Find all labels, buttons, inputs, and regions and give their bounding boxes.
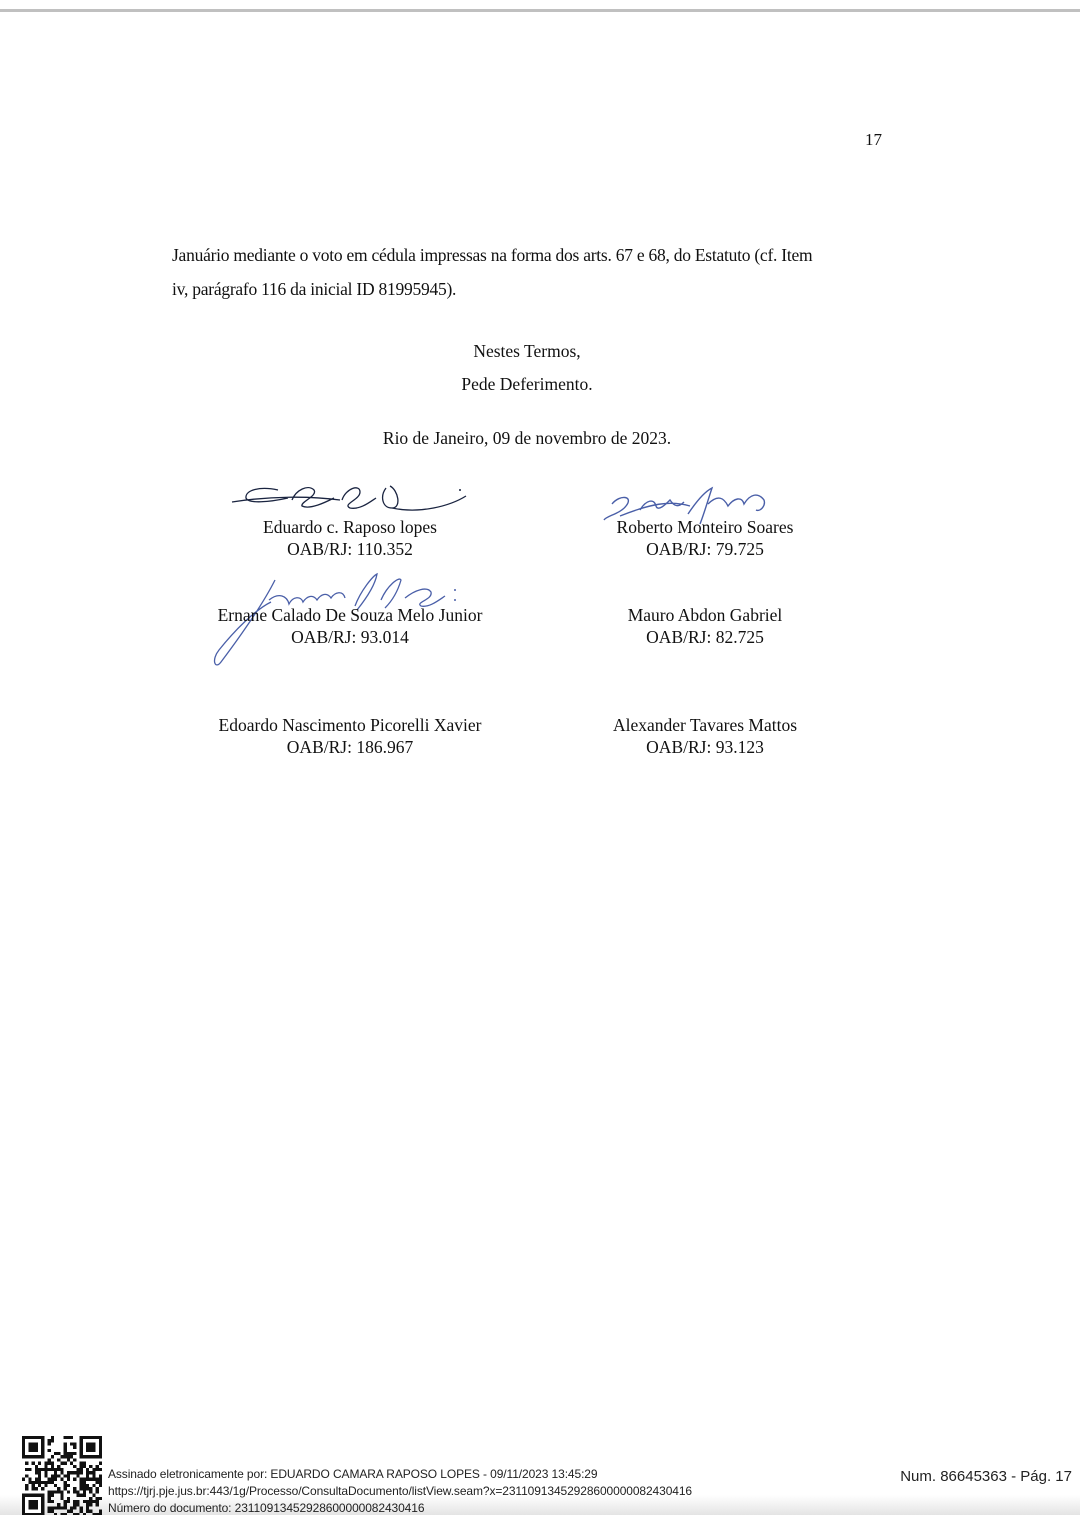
signatory-name: Eduardo c. Raposo lopes: [150, 516, 550, 538]
signatory-block: Alexander Tavares Mattos OAB/RJ: 93.123: [505, 714, 905, 758]
body-paragraph: Januário mediante o voto em cédula impre…: [172, 238, 888, 306]
signed-by-line: Assinado eletronicamente por: EDUARDO CA…: [108, 1466, 692, 1483]
signature-eduardo-icon: [230, 478, 470, 518]
electronic-signature-info: Assinado eletronicamente por: EDUARDO CA…: [108, 1466, 692, 1515]
signatory-block: Ernane Calado De Souza Melo Junior OAB/R…: [150, 604, 550, 648]
document-url[interactable]: https://tjrj.pje.jus.br:443/1g/Processo/…: [108, 1483, 692, 1500]
paragraph-line-2: iv, parágrafo 116 da inicial ID 81995945…: [172, 272, 888, 306]
closing-nestes-termos: Nestes Termos,: [0, 341, 1054, 362]
closing-pede-deferimento: Pede Deferimento.: [0, 374, 1054, 395]
paragraph-line-1: Januário mediante o voto em cédula impre…: [172, 238, 888, 272]
qr-code-icon[interactable]: [22, 1436, 102, 1515]
signatory-oab: OAB/RJ: 93.014: [150, 626, 550, 648]
page-number: 17: [865, 130, 882, 150]
signatory-block: Eduardo c. Raposo lopes OAB/RJ: 110.352: [150, 516, 550, 560]
signatory-oab: OAB/RJ: 93.123: [505, 736, 905, 758]
place-and-date: Rio de Janeiro, 09 de novembro de 2023.: [0, 428, 1054, 449]
signatory-name: Edoardo Nascimento Picorelli Xavier: [150, 714, 550, 736]
signatory-block: Roberto Monteiro Soares OAB/RJ: 79.725: [505, 516, 905, 560]
signatory-name: Alexander Tavares Mattos: [505, 714, 905, 736]
signatory-name: Roberto Monteiro Soares: [505, 516, 905, 538]
signatory-oab: OAB/RJ: 82.725: [505, 626, 905, 648]
signatory-block: Mauro Abdon Gabriel OAB/RJ: 82.725: [505, 604, 905, 648]
document-number: Número do documento: 2311091345292860000…: [108, 1500, 692, 1515]
signatory-oab: OAB/RJ: 186.967: [150, 736, 550, 758]
signatory-oab: OAB/RJ: 79.725: [505, 538, 905, 560]
signatory-oab: OAB/RJ: 110.352: [150, 538, 550, 560]
footer-page-reference: Num. 86645363 - Pág. 17: [900, 1468, 1072, 1485]
signatory-name: Mauro Abdon Gabriel: [505, 604, 905, 626]
page-top-border: [0, 9, 1080, 12]
signatory-block: Edoardo Nascimento Picorelli Xavier OAB/…: [150, 714, 550, 758]
signatory-name: Ernane Calado De Souza Melo Junior: [150, 604, 550, 626]
